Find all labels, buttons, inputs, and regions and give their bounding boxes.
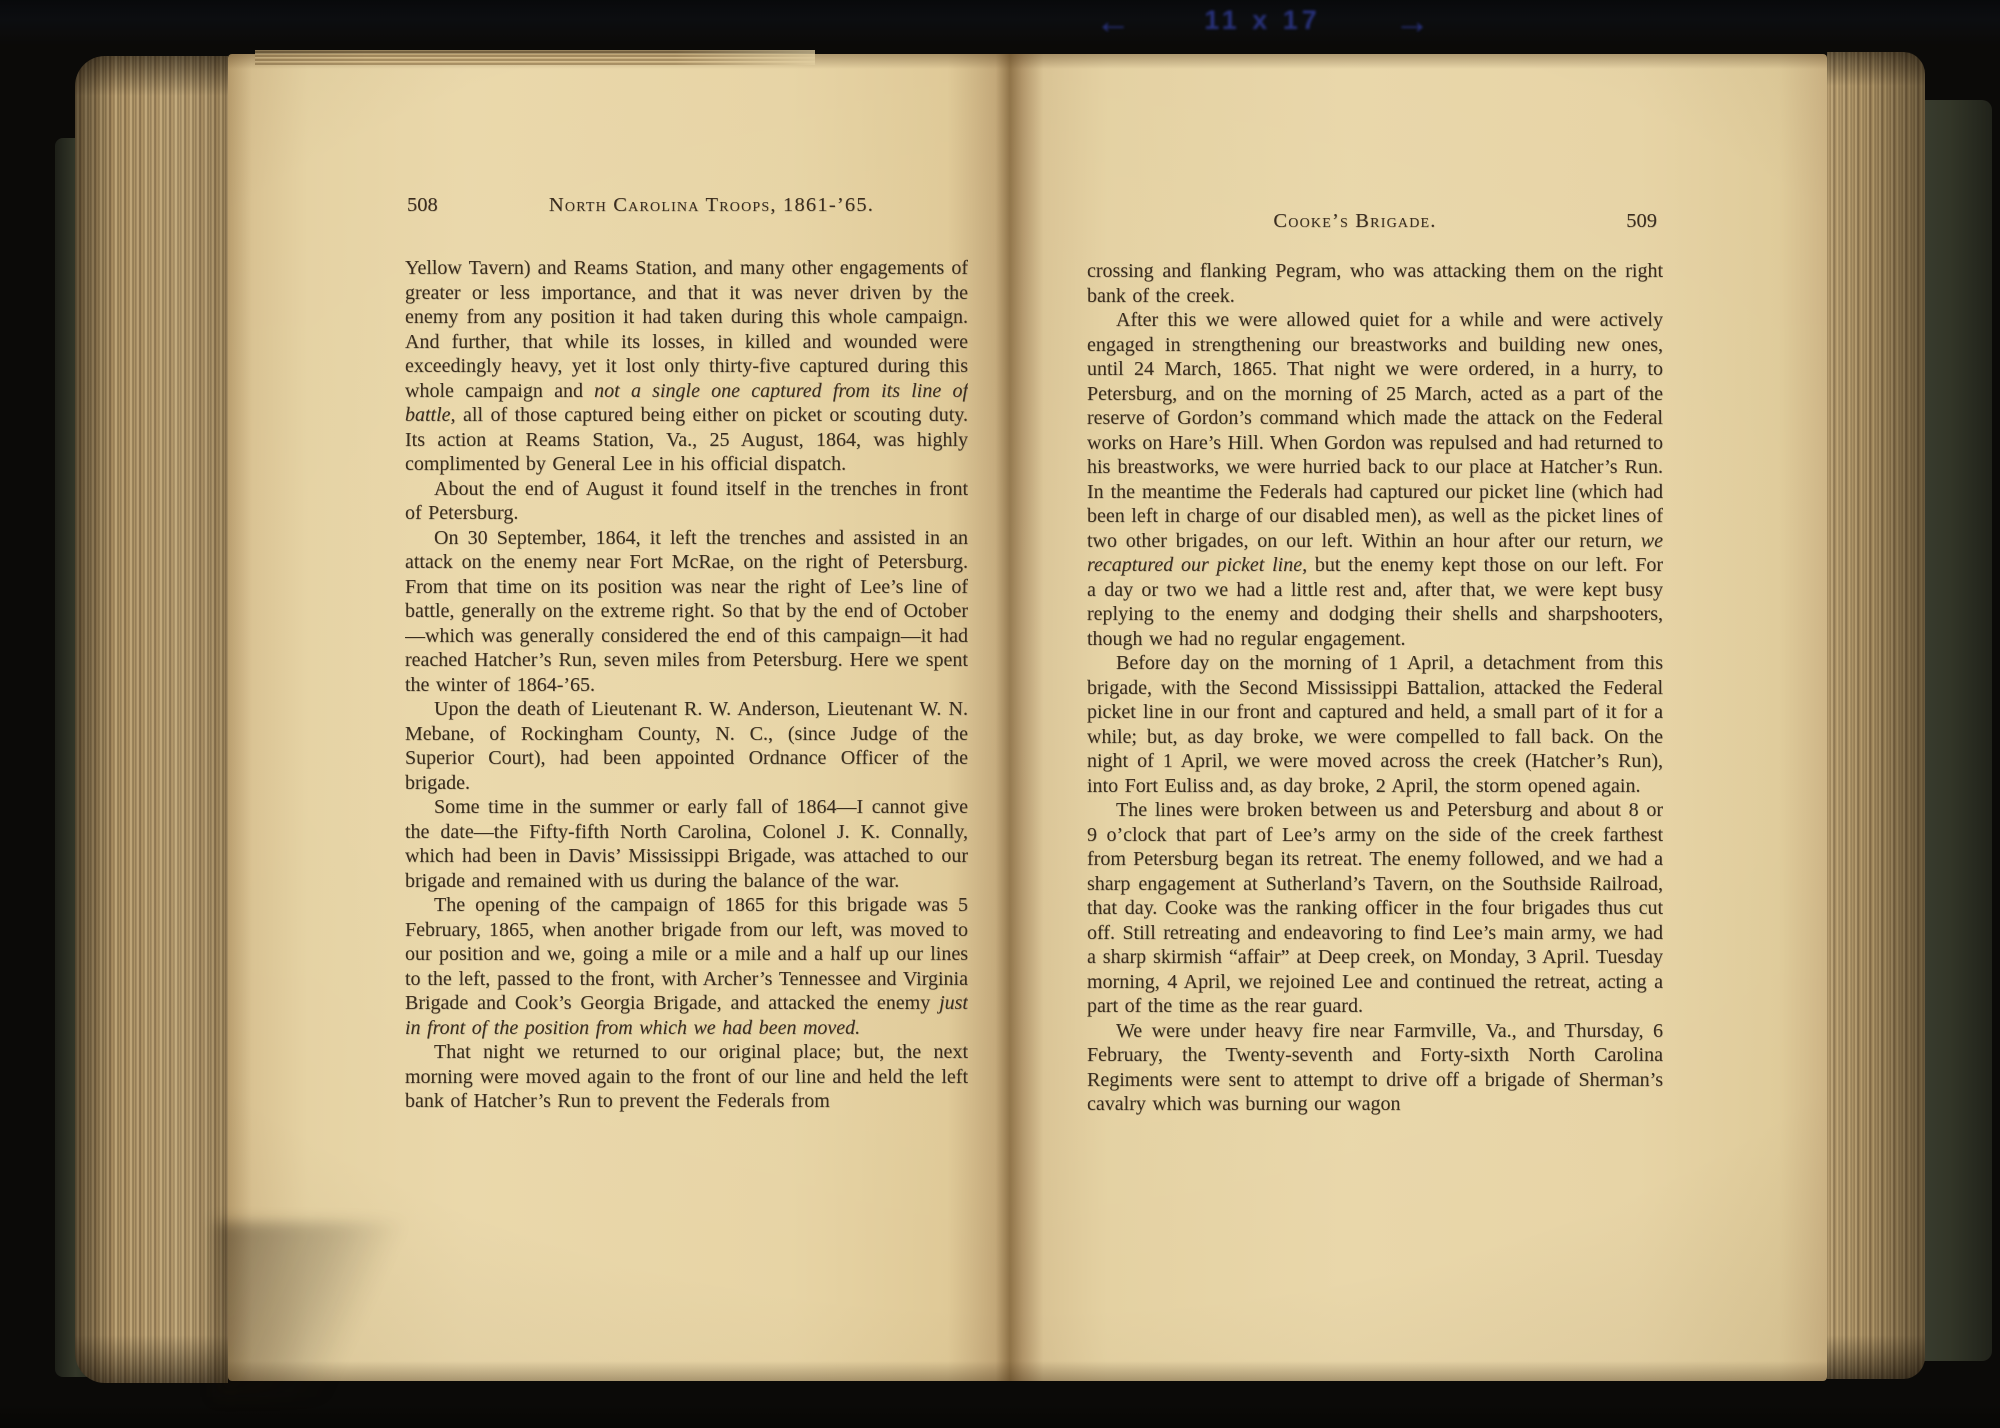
paragraph: Yellow Tavern) and Reams Station, and ma…: [405, 256, 968, 477]
left-page: 508 North Carolina Troops, 1861-’65. Yel…: [405, 194, 968, 1241]
left-page-edge-stack: [75, 56, 228, 1383]
paragraph: The opening of the campaign of 1865 for …: [405, 893, 968, 1040]
right-page-number: 509: [1626, 210, 1657, 233]
paragraph: Before day on the morning of 1 April, a …: [1087, 651, 1663, 798]
right-page-body: crossing and flanking Pegram, who was at…: [1087, 259, 1663, 1234]
left-page-body: Yellow Tavern) and Reams Station, and ma…: [405, 256, 968, 1241]
left-page-number: 508: [407, 194, 438, 217]
right-page: Cooke’s Brigade. 509 crossing and flanki…: [1087, 210, 1663, 1234]
right-page-edge-stack: [1827, 52, 1925, 1379]
paragraph: The lines were broken between us and Pet…: [1087, 798, 1663, 1019]
left-running-header: North Carolina Troops, 1861-’65.: [405, 194, 968, 217]
left-arrow-icon: ←: [1095, 3, 1131, 39]
paragraph: On 30 September, 1864, it left the trenc…: [405, 526, 968, 698]
top-page-edge-stack: [255, 50, 815, 65]
right-arrow-icon: →: [1394, 3, 1430, 39]
camera-shadow: [215, 1222, 445, 1397]
open-book: 508 North Carolina Troops, 1861-’65. Yel…: [55, 42, 1992, 1405]
paragraph: About the end of August it found itself …: [405, 477, 968, 526]
book-cover-right-edge: [1914, 100, 1992, 1361]
paragraph: We were under heavy fire near Farmville,…: [1087, 1019, 1663, 1117]
scan-photo-background: ← 11 x 17 → 508 North Carolina Troops, 1…: [0, 0, 2000, 1428]
paragraph: Upon the death of Lieutenant R. W. Ander…: [405, 697, 968, 795]
left-page-header: 508 North Carolina Troops, 1861-’65.: [405, 194, 968, 224]
right-page-header: Cooke’s Brigade. 509: [1087, 210, 1663, 240]
paragraph: Some time in the summer or early fall of…: [405, 795, 968, 893]
ruler-size-label: 11 x 17: [1204, 5, 1321, 36]
right-running-header: Cooke’s Brigade.: [1087, 210, 1663, 233]
paragraph: crossing and flanking Pegram, who was at…: [1087, 259, 1663, 308]
paragraph: After this we were allowed quiet for a w…: [1087, 308, 1663, 651]
paragraph: That night we returned to our original p…: [405, 1040, 968, 1114]
scan-ruler-marking: ← 11 x 17 →: [1095, 0, 1430, 42]
